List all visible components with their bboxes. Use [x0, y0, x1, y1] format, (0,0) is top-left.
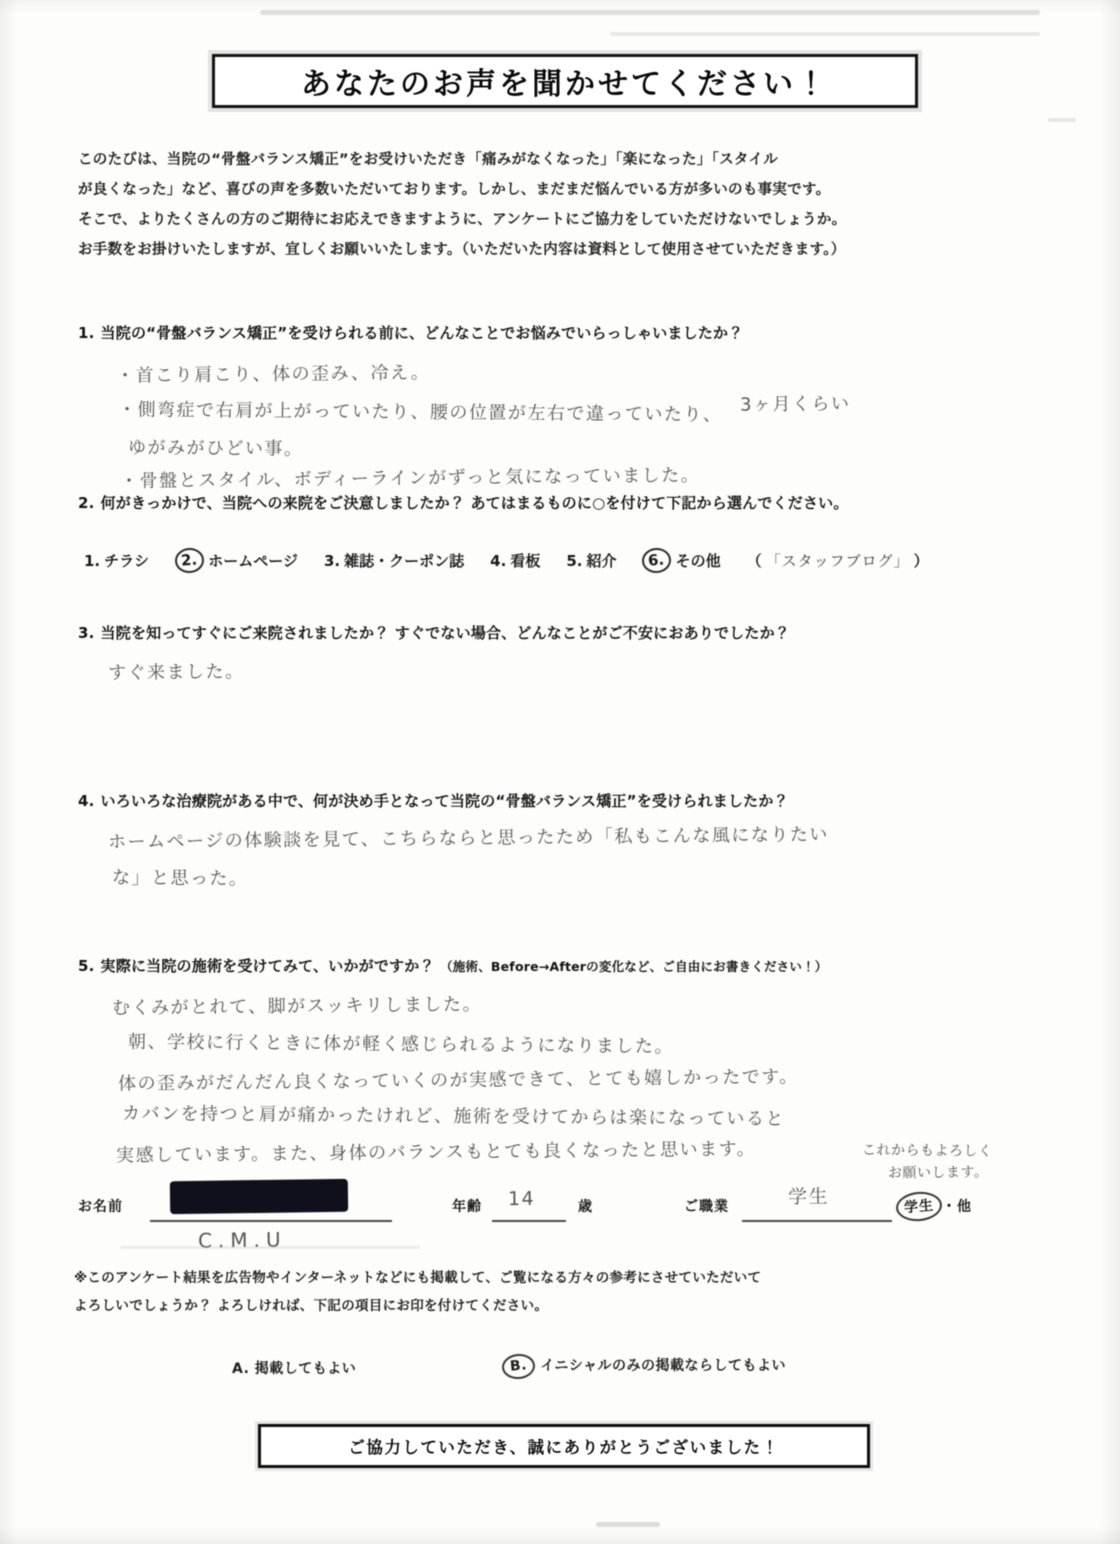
q5-handwritten-answer-3: 体の歪みがだんだん良くなっていくのが実感できて、とても嬉しかったです。 — [118, 1062, 799, 1095]
job-value-handwritten: 学生 — [788, 1182, 829, 1209]
scan-streak-top-2 — [610, 32, 1040, 36]
name-field-label: お名前 — [78, 1196, 123, 1216]
question-1-number: 1. — [78, 324, 95, 342]
job-field-underline — [742, 1220, 892, 1222]
q2-option-2: 2. ホームページ — [175, 548, 298, 573]
consent-note-line-1: ※このアンケート結果を広告物やインターネットなどにも掲載して、ご覧になる方々の参… — [74, 1268, 1032, 1288]
q5-handwritten-answer-5: 実感しています。また、身体のバランスもとても良くなったと思います。 — [116, 1135, 756, 1168]
question-4-number: 4. — [78, 792, 95, 810]
q2-option-6: 6. その他 — [642, 548, 720, 573]
q4-handwritten-answer-2: な」と思った。 — [112, 863, 249, 890]
question-2: 2.何がきっかけで、当院への来院をご決意しましたか？ あてはまるものに○を付けて… — [78, 492, 1038, 513]
name-redaction-box — [170, 1179, 348, 1214]
job-option-rest: ・他 — [942, 1199, 972, 1215]
intro-line-4: お手数をお掛けいたしますが、宜しくお願いいたします。（いただいた内容は資料として… — [78, 240, 1036, 260]
q2-option-4: 4. 看板 — [490, 550, 540, 571]
q3-handwritten-answer: すぐ来ました。 — [108, 657, 245, 684]
q1-handwritten-answer-1: ・首こり肩こり、体の歪み、冷え。 — [116, 358, 430, 387]
question-2-text: 何がきっかけで、当院への来院をご決意しましたか？ あてはまるものに○を付けて下記… — [101, 494, 849, 512]
q2-options-row: 1. チラシ 2. ホームページ 3. 雑誌・クーポン誌 4. 看板 5. 紹介… — [84, 548, 1064, 573]
question-5-text: 実際に当院の施術を受けてみて、いかがですか？ — [101, 957, 435, 975]
q5-side-note-2: お願いします。 — [888, 1161, 989, 1182]
q1-handwritten-answer-3: ゆがみがひどい事。 — [128, 433, 304, 461]
age-field-underline — [492, 1220, 566, 1222]
page-title: あなたのお声を聞かせてください！ — [301, 59, 829, 103]
intro-line-2: が良くなった」など、喜びの声を多数いただいております。しかし、まだまだ悩んでいる… — [78, 180, 1036, 200]
q2-other-note: （ 「スタッフブログ」 ） — [747, 550, 929, 571]
question-1-text: 当院の“骨盤バランス矯正”を受けられる前に、どんなことでお悩みでいらっしゃいまし… — [101, 324, 744, 342]
q2-option-5: 5. 紹介 — [566, 550, 616, 571]
q2-option-5-number: 5. — [566, 552, 582, 570]
q1-handwritten-answer-4: ・骨盤とスタイル、ボディーラインがずっと気になっていました。 — [120, 461, 700, 493]
q5-handwritten-answer-4: カバンを持つと肩が痛かったけれど、施術を受けてからは楽になっていると — [122, 1099, 785, 1131]
question-1: 1.当院の“骨盤バランス矯正”を受けられる前に、どんなことでお悩みでいらっしゃい… — [78, 322, 1038, 343]
intro-line-3: そこで、よりたくさんの方のご期待にお応えできますように、アンケートにご協力をして… — [78, 210, 1036, 230]
question-3-text: 当院を知ってすぐにご来院されましたか？ すぐでない場合、どんなことがご不安におあ… — [101, 624, 790, 642]
consent-option-b: B. イニシャルのみの掲載ならしてもよい — [502, 1354, 786, 1379]
question-5-paren: （施術、Before→Afterの変化など、ご自由にお書きください！） — [440, 959, 827, 974]
q2-other-handwritten-note: 「スタッフブログ」 — [766, 550, 910, 571]
title-box: あなたのお声を聞かせてください！ — [212, 54, 918, 108]
q5-handwritten-answer-2: 朝、学校に行くときに体が軽く感じられるようになりました。 — [128, 1028, 674, 1059]
scan-streak-bottom — [596, 1522, 660, 1527]
q2-option-3: 3. 雑誌・クーポン誌 — [324, 550, 464, 571]
q5-handwritten-answer-1: むくみがとれて、脚がスッキリしました。 — [112, 990, 482, 1020]
question-4-text: いろいろな治療院がある中で、何が決め手となって当院の“骨盤バランス矯正”を受けら… — [101, 792, 789, 810]
q2-option-1: 1. チラシ — [84, 550, 149, 571]
consent-option-b-text: イニシャルのみの掲載ならしてもよい — [540, 1358, 786, 1374]
job-field-label: ご職業 — [684, 1196, 729, 1216]
q5-side-note-1: これからもよろしく — [862, 1139, 993, 1160]
scanned-survey-page: あなたのお声を聞かせてください！ このたびは、当院の“骨盤バランス矯正”をお受け… — [0, 0, 1120, 1544]
age-unit-label: 歳 — [578, 1196, 593, 1216]
q2-option-4-label: 看板 — [510, 550, 540, 571]
q2-other-paren-open: （ — [747, 550, 762, 571]
question-5: 5.実際に当院の施術を受けてみて、いかがですか？ （施術、Before→Afte… — [78, 955, 1038, 976]
question-2-number: 2. — [78, 494, 95, 512]
q2-option-1-label: チラシ — [104, 550, 149, 571]
consent-note-line-2: よろしいでしょうか？ よろしければ、下記の項目にお印を付けてください。 — [74, 1296, 1032, 1316]
q2-option-3-label: 雑誌・クーポン誌 — [344, 550, 464, 571]
intro-line-1: このたびは、当院の“骨盤バランス矯正”をお受けいただき「痛みがなくなった」「楽に… — [78, 150, 1036, 170]
age-field-label: 年齢 — [452, 1196, 482, 1216]
scan-streak-top-1 — [260, 10, 1040, 15]
scan-streak-right — [1048, 118, 1076, 122]
q2-option-1-number: 1. — [84, 552, 100, 570]
scan-streak-fields — [120, 1246, 420, 1249]
q2-option-6-label: その他 — [676, 550, 721, 571]
q1-handwritten-answer-2: ・側弯症で右肩が上がっていたり、腰の位置が左右で違っていたり、 — [118, 395, 723, 426]
q4-handwritten-answer-1: ホームページの体験談を見て、こちらならと思ったため「私もこんな風になりたい — [108, 820, 829, 854]
thanks-box: ご協力していただき、誠にありがとうございました！ — [258, 1424, 870, 1468]
q2-option-5-label: 紹介 — [586, 550, 616, 571]
consent-option-a: A. 掲載してもよい — [232, 1358, 356, 1378]
q2-option-3-number: 3. — [324, 552, 340, 570]
q2-other-paren-close: ） — [914, 550, 929, 571]
job-option-circle: 学生 — [895, 1190, 943, 1223]
age-value-handwritten: 14 — [508, 1188, 535, 1210]
consent-option-b-circle: B. — [501, 1353, 536, 1381]
name-field-underline — [150, 1220, 392, 1222]
q2-option-2-label: ホームページ — [208, 550, 298, 571]
job-option: 学生・他 — [896, 1192, 972, 1221]
q1-handwritten-answer-2-side: 3ヶ月くらい — [740, 389, 851, 416]
question-3: 3.当院を知ってすぐにご来院されましたか？ すぐでない場合、どんなことがご不安に… — [78, 622, 1038, 643]
question-4: 4.いろいろな治療院がある中で、何が決め手となって当院の“骨盤バランス矯正”を受… — [78, 790, 1038, 811]
question-3-number: 3. — [78, 624, 95, 642]
q2-option-4-number: 4. — [490, 552, 506, 570]
q2-option-2-number-circled: 2. — [174, 547, 205, 574]
thanks-text: ご協力していただき、誠にありがとうございました！ — [348, 1434, 779, 1458]
q2-option-6-number-circled: 6. — [642, 547, 673, 574]
question-5-number: 5. — [78, 957, 95, 975]
